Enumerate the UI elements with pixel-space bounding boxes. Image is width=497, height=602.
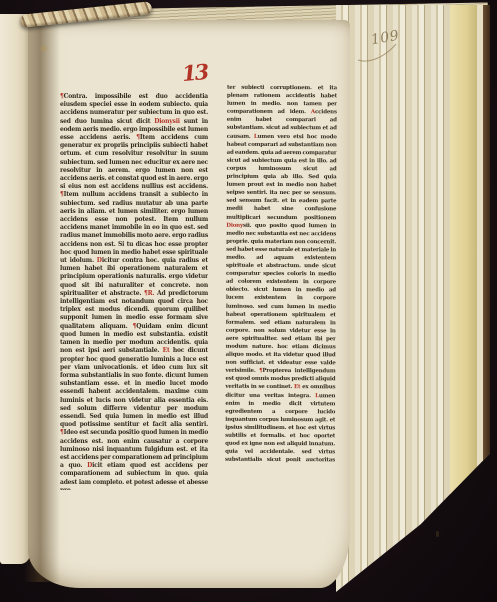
cover-board-edge <box>483 5 490 595</box>
folio-flourish-icon <box>356 42 408 64</box>
fore-edge-page-stack <box>336 5 490 595</box>
yellowed-leaf-edge <box>450 5 477 595</box>
ink-speck <box>436 531 439 537</box>
gutter-shadow <box>24 16 60 582</box>
text-column-right: ter subiecti corruptionem. et ita plenam… <box>225 84 337 465</box>
text-column-left: ¶Contra. impossibile est duo accidentia … <box>60 93 208 490</box>
quire-mark: 13 <box>181 59 208 86</box>
book-photograph: 13 109 ¶Contra. impossibile est duo acci… <box>0 0 497 602</box>
page-stain <box>40 46 47 51</box>
